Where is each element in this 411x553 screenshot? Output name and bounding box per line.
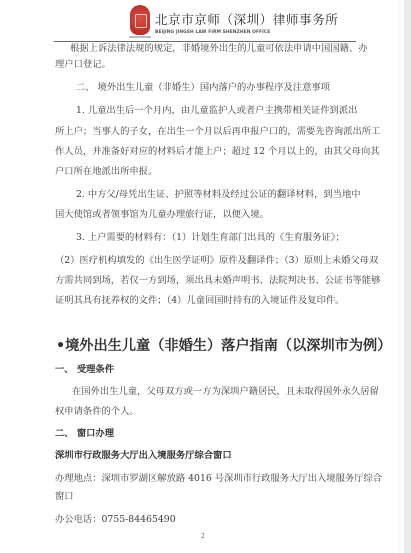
sub1-text-line-1: 在国外出生儿童，父母双方或一方为深圳户籍居民，且未取得国外永久居留 bbox=[72, 386, 379, 398]
intro-line-1: 根据上诉法律法规的规定，非婚境外出生的儿童可依法申请中国国籍、办 bbox=[70, 43, 368, 55]
office-phone: 办公电话：0755-84465490 bbox=[55, 514, 176, 526]
page-edge bbox=[398, 0, 399, 553]
item1-line-1: 1. 儿童出生后一个月内，由儿童监护人或者户主携带相关证件到派出 bbox=[76, 105, 357, 117]
sub1-heading: 一、 受理条件 bbox=[55, 364, 114, 376]
header-divider bbox=[54, 41, 356, 42]
intro-line-2: 理户口登记。 bbox=[55, 59, 111, 71]
item3-line-2: （2）医疗机构填发的《出生医学证明》原件及翻译件；（3）原则上未婚父母双 bbox=[55, 255, 378, 267]
side-scroll-strip[interactable] bbox=[404, 0, 411, 553]
sub1-text-line-2: 权申请条件的个人。 bbox=[55, 406, 139, 418]
item3-line-4: 证明其具有抚养权的文件；（4）儿童回国时持有的入境证件及复印件。 bbox=[55, 295, 344, 307]
guide-title: •境外出生儿童（非婚生）落户指南（以深圳市为例） bbox=[56, 337, 391, 355]
item2-line-2: 国大使馆或者领事馆为儿童办理旅行证，以便入境。 bbox=[55, 209, 269, 221]
office-name: 深圳市行政服务大厅出入境服务厅综合窗口 bbox=[55, 450, 232, 462]
firm-name-cn: 北京市京师（深圳）律师事务所 bbox=[155, 10, 338, 28]
item1-line-3: 作人员，并准备好对应的材料后才能上户；超过 12 个月以上的，由其父母向其 bbox=[55, 146, 380, 158]
item3-line-1: 3. 上户需要的材料有：（1）计划生育部门出具的《生育服务证》； bbox=[76, 232, 345, 244]
item1-line-4: 户口所在地派出所申报。 bbox=[55, 166, 157, 178]
page-number: 2 bbox=[201, 533, 205, 540]
section2-heading: 二、 境外出生儿童（非婚生）国内落户的办事程序及注意事项 bbox=[76, 82, 330, 94]
sub2-heading: 二、 窗口办理 bbox=[55, 428, 114, 440]
firm-name-en: BEIJING JINGSH LAW FIRM SHENZHEN OFFICE bbox=[155, 30, 270, 35]
item2-line-1: 2. 中方父/母凭出生证、护照等材料及经过公证的翻译材料，到当地中 bbox=[76, 189, 361, 201]
address-line-1: 办理地点：深圳市罗湖区解放路 4016 号深圳市行政服务大厅出入境服务厅综合 bbox=[55, 473, 382, 485]
law-firm-seal-icon bbox=[130, 5, 150, 35]
seal-caption bbox=[129, 36, 151, 38]
letterhead: 北京市京师（深圳）律师事务所 BEIJING JINGSH LAW FIRM S… bbox=[126, 3, 296, 41]
document-page: 北京市京师（深圳）律师事务所 BEIJING JINGSH LAW FIRM S… bbox=[0, 0, 404, 553]
item1-line-2: 所上户；当事人的子女，在出生一个月以后再申报户口的，需要先咨询派出所工 bbox=[55, 126, 380, 138]
address-line-2: 窗口 bbox=[55, 491, 74, 503]
item3-line-3: 方需共同到场，若仅一方到场，须出具未婚声明书、法院判决书、公证书等能够 bbox=[55, 275, 380, 287]
